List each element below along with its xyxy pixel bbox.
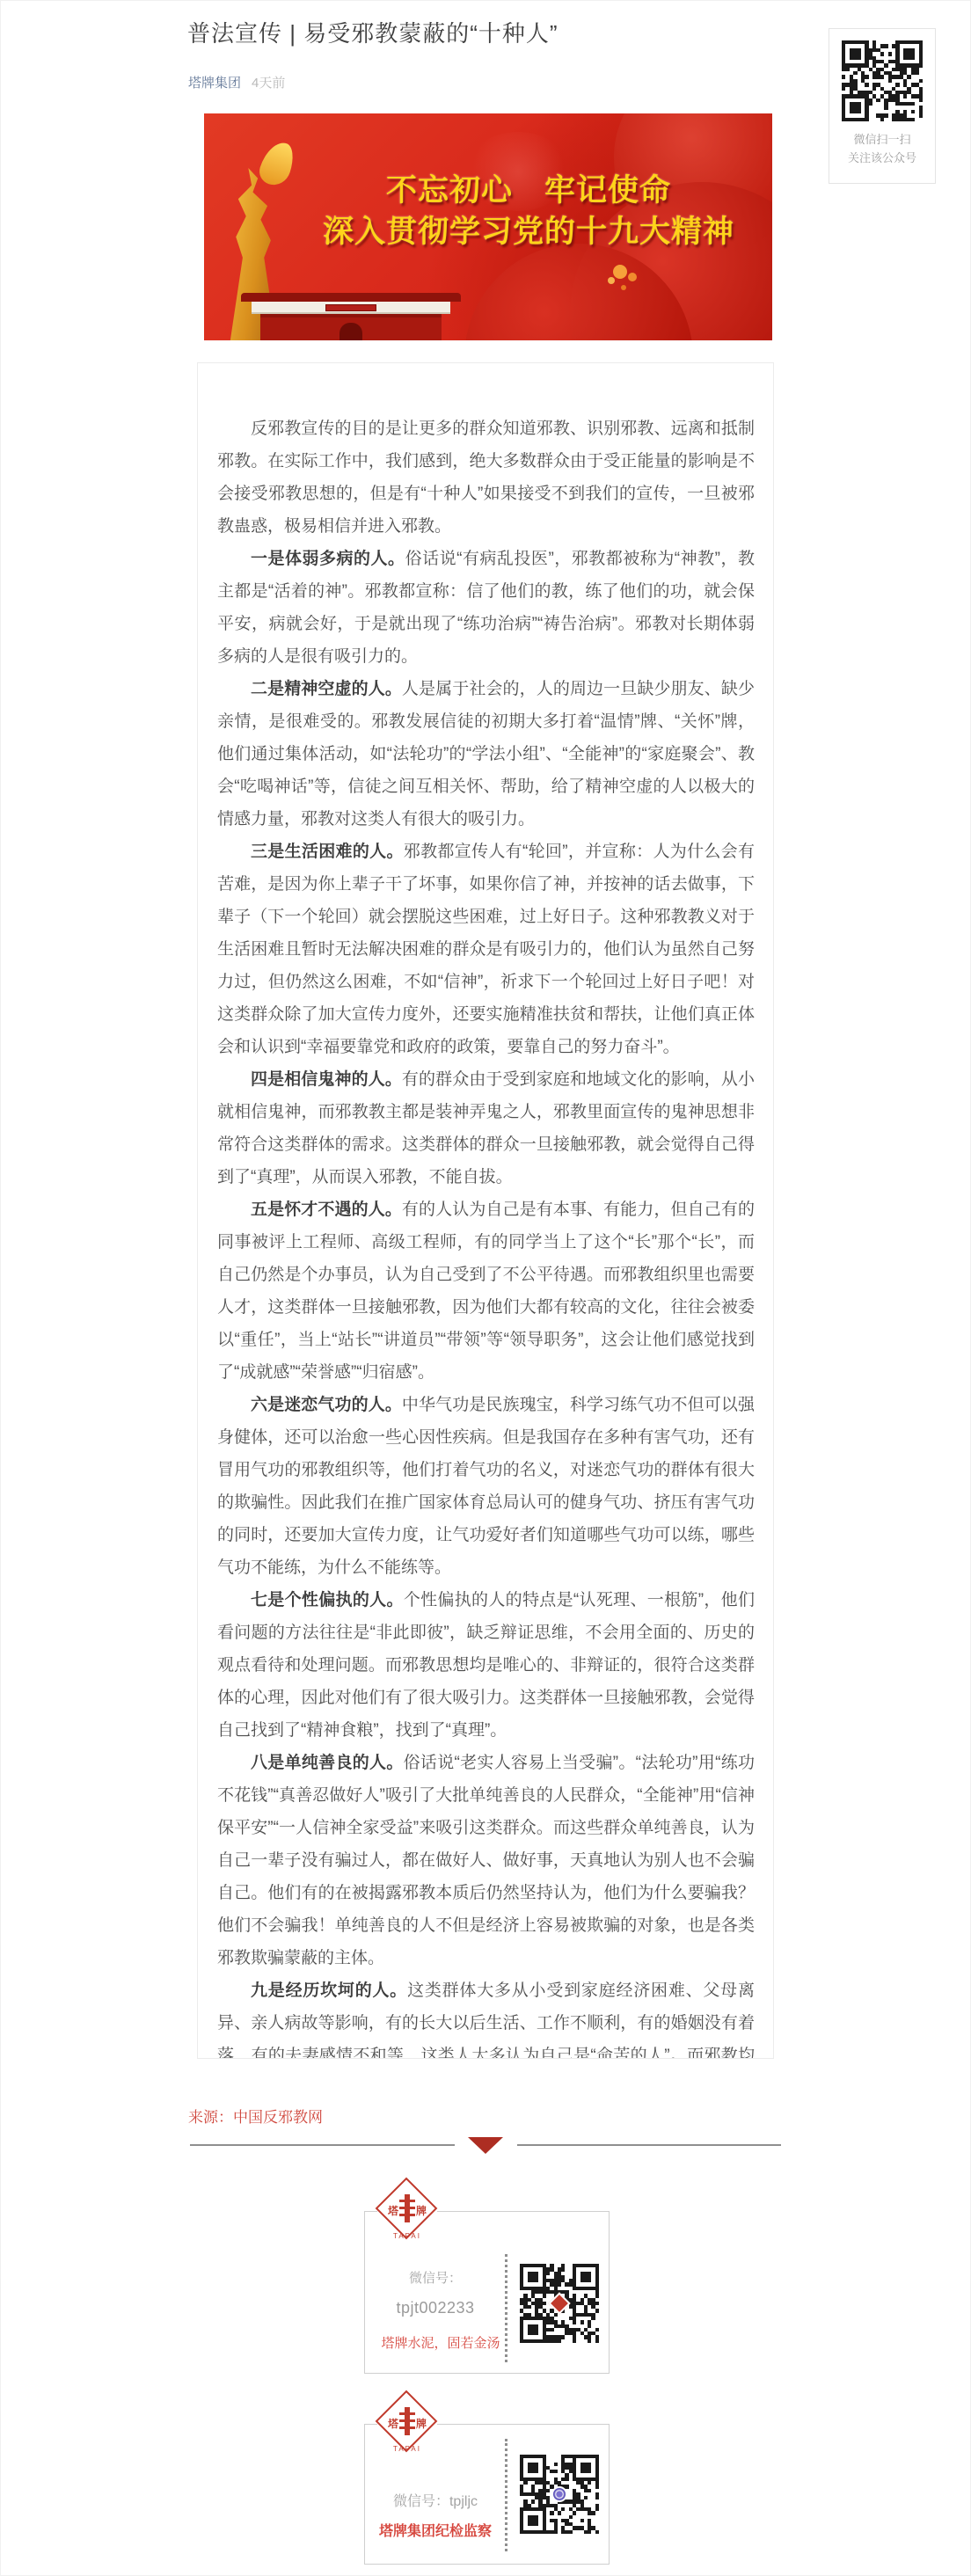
wechat-card-slogan: 塔牌水泥，固若金汤	[369, 2333, 513, 2352]
wechat-card-text: 微信号：tpjljc 塔牌集团纪检监察	[365, 2425, 506, 2564]
down-triangle-icon	[468, 2137, 503, 2154]
discipline-qr-code	[520, 2455, 599, 2534]
article-paragraph: 五是怀才不遇的人。有的人认为自己是有本事、有能力，但自己有的同事被评上工程师、高…	[217, 1193, 755, 1389]
follow-qr-panel: 微信扫一扫 关注该公众号	[829, 28, 936, 184]
paragraph-lead: 九是经历坎坷的人。	[251, 1981, 407, 2000]
article-paragraph: 八是单纯善良的人。俗话说“老实人容易上当受骗”。“法轮功”用“练功不花钱”“真善…	[217, 1747, 755, 1974]
follow-qr-code	[842, 40, 923, 121]
paragraph-lead: 四是相信鬼神的人。	[251, 1070, 402, 1089]
paragraph-lead: 六是迷恋气功的人。	[251, 1396, 402, 1414]
article-paragraph: 九是经历坎坷的人。这类群体大多从小受到家庭经济困难、父母离异、亲人病故等影响，有…	[217, 1974, 755, 2059]
banner-slogan-line1: 不忘初心 牢记使命	[288, 170, 769, 211]
banner-slogan-line2: 深入贯彻学习党的十九大精神	[288, 211, 769, 252]
paragraph-lead: 八是单纯善良的人。	[251, 1754, 404, 1772]
paragraph-lead: 五是怀才不遇的人。	[251, 1200, 402, 1219]
paragraph-lead: 一是体弱多病的人。	[251, 550, 405, 568]
paragraph-lead: 七是个性偏执的人。	[251, 1591, 404, 1609]
article-paragraph: 七是个性偏执的人。个性偏执的人的特点是“认死理、一根筋”，他们看问题的方法往往是…	[217, 1584, 755, 1747]
follow-qr-caption-line1: 微信扫一扫	[829, 130, 935, 149]
page-title: 普法宣传 | 易受邪教蒙蔽的“十种人”	[187, 18, 838, 48]
wechat-id-line: 微信号：tpjljc	[365, 2490, 506, 2510]
wechat-id-value: tpjt002233	[365, 2299, 506, 2317]
byline: 塔牌集团4天前	[188, 73, 285, 91]
banner-tiananmen-gate	[241, 289, 461, 340]
wechat-card-discipline: 塔 牌 TAPAI 微信号：tpjljc 塔牌集团纪检监察	[364, 2424, 610, 2565]
divider-line-right	[517, 2144, 781, 2146]
article-paragraph: 反邪教宣传的目的是让更多的群众知道邪教、识别邪教、远离和抵制邪教。在实际工作中，…	[217, 412, 755, 543]
banner-flower-decoration	[613, 265, 627, 279]
wechat-id-label: 微信号：	[365, 2268, 506, 2287]
wechat-card-slogan: 塔牌集团纪检监察	[365, 2520, 506, 2540]
paragraph-lead: 三是生活困难的人。	[251, 843, 404, 861]
article-paragraph: 六是迷恋气功的人。中华气功是民族瑰宝，科学习练气功不但可以强身健体，还可以治愈一…	[217, 1389, 755, 1584]
banner-slogan: 不忘初心 牢记使命 深入贯彻学习党的十九大精神	[288, 170, 769, 252]
dotted-separator	[505, 2439, 507, 2551]
account-name-link[interactable]: 塔牌集团	[188, 76, 241, 91]
follow-qr-caption: 微信扫一扫 关注该公众号	[829, 130, 935, 167]
qr-center-logo-blue	[551, 2486, 567, 2502]
wechat-card-text: 微信号： tpjt002233 塔牌水泥，固若金汤	[365, 2212, 506, 2373]
article-page: 普法宣传 | 易受邪教蒙蔽的“十种人” 塔牌集团4天前 微信扫一扫 关注该公众号…	[0, 0, 971, 2576]
article-paragraph: 四是相信鬼神的人。有的群众由于受到家庭和地域文化的影响，从小就相信鬼神，而邪教教…	[217, 1063, 755, 1193]
paragraph-lead: 二是精神空虚的人。	[251, 680, 402, 698]
follow-qr-caption-line2: 关注该公众号	[829, 149, 935, 167]
dotted-separator	[505, 2254, 507, 2362]
publish-time: 4天前	[252, 76, 285, 91]
source-line: 来源：中国反邪教网	[188, 2105, 323, 2127]
divider-line-left	[190, 2144, 455, 2146]
article-paragraph: 一是体弱多病的人。俗话说“有病乱投医”，邪教都被称为“神教”，教主都是“活着的神…	[217, 543, 755, 673]
article-paragraph: 三是生活困难的人。邪教都宣传人有“轮回”，并宣称：人为什么会有苦难，是因为你上辈…	[217, 836, 755, 1063]
cement-qr-code	[520, 2264, 599, 2343]
wechat-card-cement: 塔 牌 TAPAI 微信号： tpjt002233 塔牌水泥，固若金汤	[364, 2211, 610, 2374]
banner-image[interactable]: 不忘初心 牢记使命 深入贯彻学习党的十九大精神	[204, 113, 772, 340]
article-body: 反邪教宣传的目的是让更多的群众知道邪教、识别邪教、远离和抵制邪教。在实际工作中，…	[197, 362, 774, 2059]
article-paragraph: 二是精神空虚的人。人是属于社会的，人的周边一旦缺少朋友、缺少亲情，是很难受的。邪…	[217, 673, 755, 836]
